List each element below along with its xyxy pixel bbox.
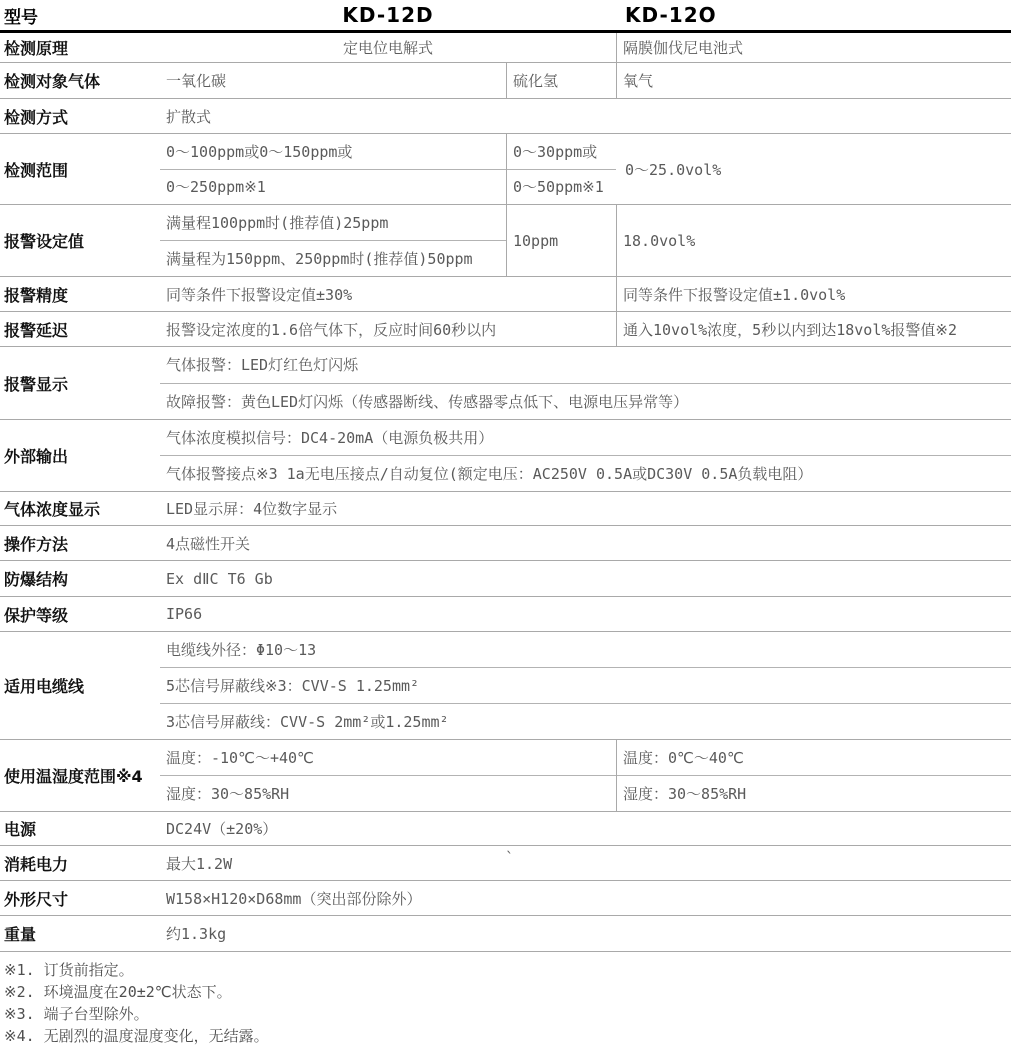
cell-range-h2s-line2: 0～50ppm※1 (507, 170, 616, 205)
row-explosion-proof: 防爆结构 Ex dⅡC T6 Gb (0, 561, 1011, 597)
footnote-4: ※4. 无剧烈的温度湿度变化，无结露。 (4, 1025, 1011, 1046)
cell-principle-kd12d: 定电位电解式 (160, 33, 616, 62)
row-label-dimensions: 外形尺寸 (0, 881, 160, 915)
cell-range-h2s-line1: 0～30ppm或 (507, 134, 616, 170)
row-label-alarm-setpoint: 报警设定值 (0, 205, 160, 276)
header-model-column-label: 型号 (0, 0, 160, 30)
cell-explosion-proof: Ex dⅡC T6 Gb (160, 561, 1011, 596)
row-external-output: 外部输出 气体浓度模拟信号：DC4-20mA（电源负极共用） 气体报警接点※3 … (0, 420, 1011, 492)
row-alarm-display: 报警显示 气体报警：LED灯红色灯闪烁 故障报警：黄色LED灯闪烁（传感器断线、… (0, 347, 1011, 420)
cell-detection-method: 扩散式 (160, 99, 1011, 133)
row-detection-range: 检测范围 0～100ppm或0～150ppm或 0～250ppm※1 0～30p… (0, 134, 1011, 205)
row-label-alarm-accuracy: 报警精度 (0, 277, 160, 311)
row-label-applicable-cable: 适用电缆线 (0, 632, 160, 739)
cell-temp-humidity-kd12o: 温度：0℃～40℃ 湿度：30～85%RH (616, 740, 1011, 811)
cell-dimensions: W158×H120×D68mm（突出部份除外） (160, 881, 1011, 915)
row-concentration-display: 气体浓度显示 LED显示屏：4位数字显示 (0, 492, 1011, 526)
cell-delay-kd12o: 通入10vol%浓度，5秒以内到达18vol%报警值※2 (616, 312, 1011, 346)
row-label-weight: 重量 (0, 916, 160, 951)
cell-applicable-cable: 电缆线外径：Φ10～13 5芯信号屏蔽线※3：CVV-S 1.25mm² 3芯信… (160, 632, 1011, 739)
cell-humidity-kd12o: 湿度：30～85%RH (617, 776, 1011, 811)
row-label-operation-method: 操作方法 (0, 526, 160, 560)
row-detection-method: 检测方式 扩散式 (0, 99, 1011, 134)
row-alarm-accuracy: 报警精度 同等条件下报警设定值±30% 同等条件下报警设定值±1.0vol% (0, 277, 1011, 312)
cell-operation-method: 4点磁性开关 (160, 526, 1011, 560)
row-label-temp-humidity-range: 使用温湿度范围※4 (0, 740, 160, 811)
row-label-external-output: 外部输出 (0, 420, 160, 491)
row-detection-principle: 检测原理 定电位电解式 隔膜伽伐尼电池式 (0, 33, 1011, 63)
row-label-power-supply: 电源 (0, 812, 160, 845)
row-power-consumption: 消耗电力 最大1.2W ` (0, 846, 1011, 881)
cell-setpoint-h2s: 10ppm (506, 205, 616, 276)
row-label-detection-method: 检测方式 (0, 99, 160, 133)
row-applicable-cable: 适用电缆线 电缆线外径：Φ10～13 5芯信号屏蔽线※3：CVV-S 1.25m… (0, 632, 1011, 740)
row-alarm-delay: 报警延迟 报警设定浓度的1.6倍气体下，反应时间60秒以内 通入10vol%浓度… (0, 312, 1011, 347)
row-weight: 重量 约1.3kg (0, 916, 1011, 952)
cell-setpoint-o2: 18.0vol% (616, 205, 1011, 276)
cell-temp-humidity-kd12d: 温度：-10℃～+40℃ 湿度：30～85%RH (160, 740, 616, 811)
cell-alarm-display-line1: 气体报警：LED灯红色灯闪烁 (160, 347, 1011, 384)
footnotes: ※1. 订货前指定。 ※2. 环境温度在20±2℃状态下。 ※3. 端子台型除外… (0, 952, 1011, 1046)
cell-principle-kd12o: 隔膜伽伐尼电池式 (616, 33, 1011, 62)
cell-external-output: 气体浓度模拟信号：DC4-20mA（电源负极共用） 气体报警接点※3 1a无电压… (160, 420, 1011, 491)
table-header-row: 型号 KD-12D KD-12O (0, 0, 1011, 33)
cell-setpoint-co-line2: 满量程为150ppm、250ppm时(推荐值)50ppm (160, 241, 506, 276)
cell-power-supply: DC24V（±20%） (160, 812, 1011, 845)
cell-temp-kd12d: 温度：-10℃～+40℃ (160, 740, 616, 776)
cell-range-o2: 0～25.0vol% (616, 134, 1011, 204)
cell-alarm-display-line2: 故障报警：黄色LED灯闪烁（传感器断线、传感器零点低下、电源电压异常等） (160, 384, 1011, 420)
cell-target-gas-h2s: 硫化氢 (506, 63, 616, 98)
cell-range-co-line2: 0～250ppm※1 (160, 170, 506, 205)
row-label-alarm-delay: 报警延迟 (0, 312, 160, 346)
footnote-1: ※1. 订货前指定。 (4, 959, 1011, 981)
cell-range-h2s: 0～30ppm或 0～50ppm※1 (506, 134, 616, 204)
row-temp-humidity-range: 使用温湿度范围※4 温度：-10℃～+40℃ 湿度：30～85%RH 温度：0℃… (0, 740, 1011, 812)
cell-cable-line2: 5芯信号屏蔽线※3：CVV-S 1.25mm² (160, 668, 1011, 704)
cell-target-gas-o2: 氧气 (616, 63, 1011, 98)
row-label-power-consumption: 消耗电力 (0, 846, 160, 880)
row-label-concentration-display: 气体浓度显示 (0, 492, 160, 525)
row-dimensions: 外形尺寸 W158×H120×D68mm（突出部份除外） (0, 881, 1011, 916)
row-label-explosion-proof: 防爆结构 (0, 561, 160, 596)
row-protection-rating: 保护等级 IP66 (0, 597, 1011, 632)
stray-tick-mark: ` (505, 849, 514, 867)
row-label-detection-principle: 检测原理 (0, 33, 160, 62)
header-model-kd12o: KD-12O (616, 0, 1011, 30)
header-model-kd12d: KD-12D (160, 0, 616, 30)
cell-external-output-line2: 气体报警接点※3 1a无电压接点/自动复位(额定电压：AC250V 0.5A或D… (160, 456, 1011, 491)
row-label-detection-range: 检测范围 (0, 134, 160, 204)
footnote-3: ※3. 端子台型除外。 (4, 1003, 1011, 1025)
cell-range-co-line1: 0～100ppm或0～150ppm或 (160, 134, 506, 170)
cell-cable-line1: 电缆线外径：Φ10～13 (160, 632, 1011, 668)
row-power-supply: 电源 DC24V（±20%） (0, 812, 1011, 846)
row-target-gas: 检测对象气体 一氧化碳 硫化氢 氧气 (0, 63, 1011, 99)
cell-power-consumption: 最大1.2W (160, 846, 1011, 880)
cell-accuracy-kd12o: 同等条件下报警设定值±1.0vol% (616, 277, 1011, 311)
cell-accuracy-kd12d: 同等条件下报警设定值±30% (160, 277, 616, 311)
cell-temp-kd12o: 温度：0℃～40℃ (617, 740, 1011, 776)
cell-range-co: 0～100ppm或0～150ppm或 0～250ppm※1 (160, 134, 506, 204)
cell-external-output-line1: 气体浓度模拟信号：DC4-20mA（电源负极共用） (160, 420, 1011, 456)
cell-delay-kd12d: 报警设定浓度的1.6倍气体下，反应时间60秒以内 (160, 312, 616, 346)
cell-setpoint-co-line1: 满量程100ppm时(推荐值)25ppm (160, 205, 506, 241)
cell-setpoint-co: 满量程100ppm时(推荐值)25ppm 满量程为150ppm、250ppm时(… (160, 205, 506, 276)
footnote-2: ※2. 环境温度在20±2℃状态下。 (4, 981, 1011, 1003)
cell-target-gas-co: 一氧化碳 (160, 63, 506, 98)
row-alarm-setpoint: 报警设定值 满量程100ppm时(推荐值)25ppm 满量程为150ppm、25… (0, 205, 1011, 277)
row-label-protection-rating: 保护等级 (0, 597, 160, 631)
cell-humidity-kd12d: 湿度：30～85%RH (160, 776, 616, 811)
spec-sheet: 型号 KD-12D KD-12O 检测原理 定电位电解式 隔膜伽伐尼电池式 检测… (0, 0, 1011, 1046)
row-operation-method: 操作方法 4点磁性开关 (0, 526, 1011, 561)
cell-cable-line3: 3芯信号屏蔽线：CVV-S 2mm²或1.25mm² (160, 704, 1011, 739)
cell-protection-rating: IP66 (160, 597, 1011, 631)
cell-alarm-display: 气体报警：LED灯红色灯闪烁 故障报警：黄色LED灯闪烁（传感器断线、传感器零点… (160, 347, 1011, 419)
cell-weight: 约1.3kg (160, 916, 1011, 951)
row-label-target-gas: 检测对象气体 (0, 63, 160, 98)
row-label-alarm-display: 报警显示 (0, 347, 160, 419)
cell-concentration-display: LED显示屏：4位数字显示 (160, 492, 1011, 525)
